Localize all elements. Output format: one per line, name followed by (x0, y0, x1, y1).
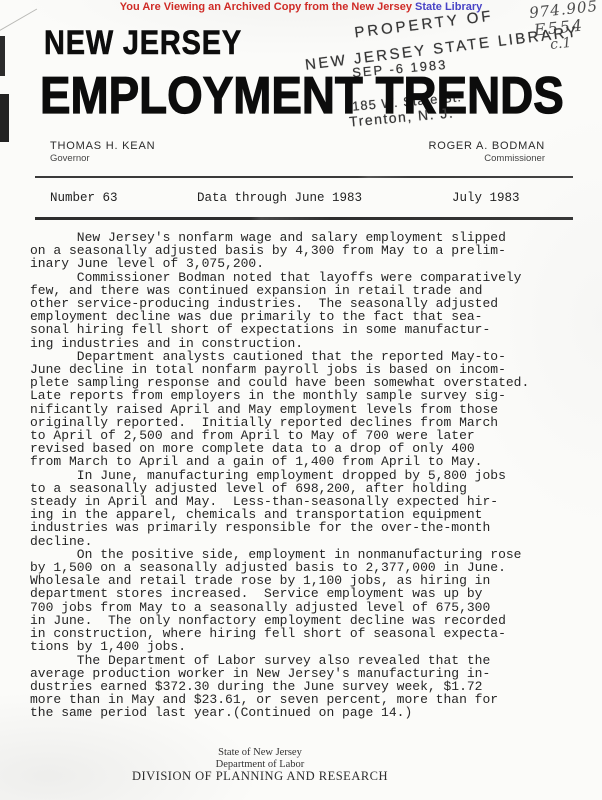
footer: State of New Jersey Department of Labor … (0, 747, 520, 783)
commissioner-name: ROGER A. BODMAN (345, 140, 545, 152)
footer-division: DIVISION OF PLANNING AND RESEARCH (0, 770, 520, 783)
governor-name: THOMAS H. KEAN (50, 140, 155, 152)
archive-banner-text: You Are Viewing an Archived Copy from th… (120, 1, 415, 13)
header-rule-bottom (35, 217, 573, 220)
issue-number: Number 63 (50, 191, 118, 205)
scan-artifact-edge-mark-1 (0, 36, 5, 76)
article-body-text: New Jersey's nonfarm wage and salary emp… (30, 231, 529, 720)
issue-data-through: Data through June 1983 (197, 191, 362, 205)
governor-title: Governor (50, 153, 90, 164)
header-rule-top (35, 176, 573, 178)
newsletter-page: You Are Viewing an Archived Copy from th… (0, 0, 602, 800)
scan-artifact-edge-mark-2 (0, 94, 9, 142)
masthead-state: NEW JERSEY (44, 24, 242, 63)
commissioner-title: Commissioner (345, 153, 545, 164)
issue-date: July 1983 (452, 191, 520, 205)
masthead-title: EMPLOYMENT TRENDS (40, 66, 564, 126)
footer-state: State of New Jersey (0, 747, 520, 759)
